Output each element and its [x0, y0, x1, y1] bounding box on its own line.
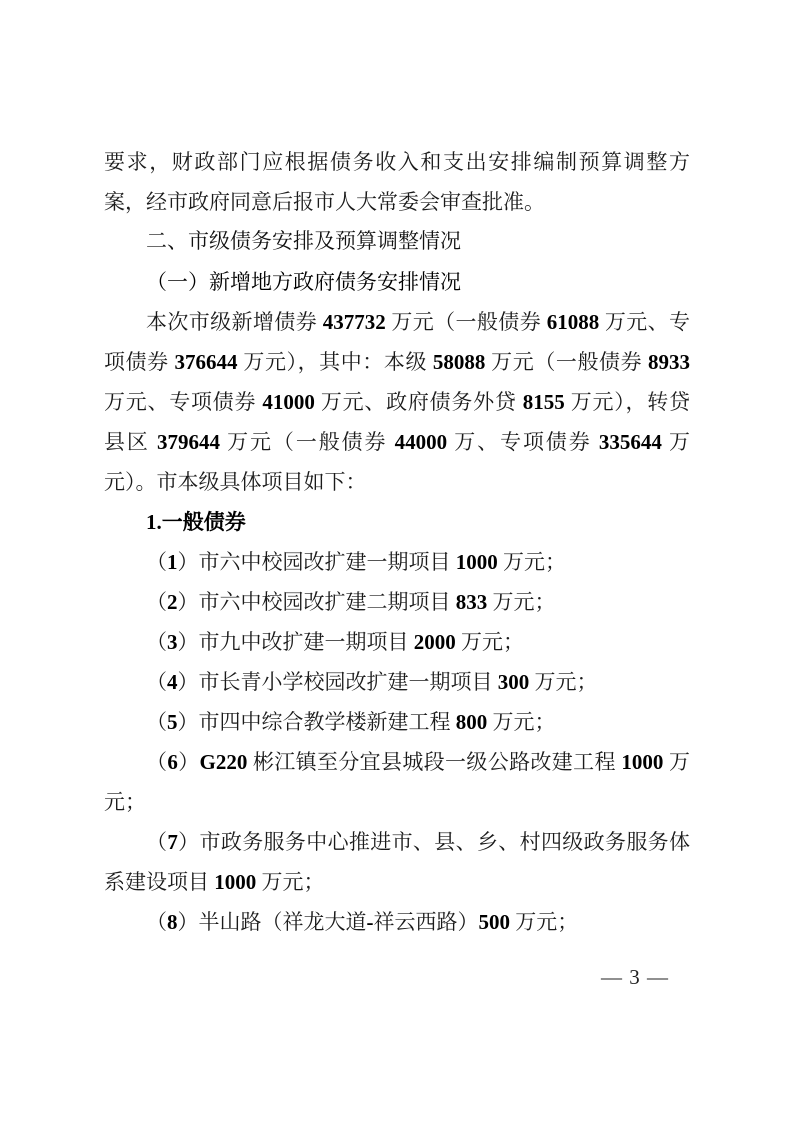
bold-text-segment: 335644	[599, 430, 662, 454]
text-segment: 万元；	[498, 550, 566, 574]
bold-text-segment: 1000	[456, 550, 498, 574]
text-segment: 万元；	[510, 910, 578, 934]
project-item-5: （5）市四中综合教学楼新建工程 800 万元；	[104, 702, 690, 742]
bold-text-segment: 1000	[621, 750, 663, 774]
project-item-1: （1）市六中校园改扩建一期项目 1000 万元；	[104, 542, 690, 582]
bold-text-segment: 8	[167, 910, 178, 934]
bold-text-segment: 3	[167, 630, 178, 654]
text-segment: 本次市级新增债券	[146, 310, 323, 334]
text-segment: （	[146, 590, 167, 614]
paragraph-debt-summary: 本次市级新增债券 437732 万元（一般债券 61088 万元、专项债券 37…	[104, 302, 690, 502]
text-segment: 要求，财政部门应根据债务收入和支出安排编制预算调整方案，经市政府同意后报市人大常…	[104, 150, 690, 214]
bold-text-segment: 800	[456, 710, 488, 734]
text-segment: 万元、政府债务外贷	[315, 390, 523, 414]
text-segment: 万元；	[456, 630, 524, 654]
text-segment: （	[146, 550, 167, 574]
text-segment: 二、市级债务安排及预算调整情况	[146, 230, 461, 253]
bold-text-segment: 833	[456, 590, 488, 614]
text-segment: ）市六中校园改扩建一期项目	[178, 550, 456, 574]
bold-text-segment: 8933	[648, 350, 690, 374]
document-body: 要求，财政部门应根据债务收入和支出安排编制预算调整方案，经市政府同意后报市人大常…	[104, 142, 690, 942]
text-segment: 万元；	[256, 870, 324, 894]
text-segment: 万元），其中：本级	[238, 350, 433, 374]
bold-text-segment: 1.一般债券	[146, 510, 246, 534]
text-segment: 万、专项债券	[447, 430, 599, 454]
project-item-8: （8）半山路（祥龙大道-祥云西路）500 万元；	[104, 902, 690, 942]
subsection-heading: （一）新增地方政府债务安排情况	[104, 262, 690, 302]
text-segment: 万元（一般债券	[220, 430, 395, 454]
bold-text-segment: 44000	[395, 430, 448, 454]
bold-text-segment: -	[367, 910, 374, 934]
bold-text-segment: G220	[200, 750, 248, 774]
paragraph-continuation: 要求，财政部门应根据债务收入和支出安排编制预算调整方案，经市政府同意后报市人大常…	[104, 142, 690, 222]
project-item-2: （2）市六中校园改扩建二期项目 833 万元；	[104, 582, 690, 622]
bold-text-segment: 300	[498, 670, 530, 694]
project-item-4: （4）市长青小学校园改扩建一期项目 300 万元；	[104, 662, 690, 702]
text-segment: ）市六中校园改扩建二期项目	[178, 590, 456, 614]
bold-text-segment: 5	[167, 710, 178, 734]
bold-text-segment: 8155	[523, 390, 565, 414]
project-item-6: （6）G220 彬江镇至分宜县城段一级公路改建工程 1000 万元；	[104, 742, 690, 822]
bold-text-segment: 61088	[547, 310, 600, 334]
bold-text-segment: 379644	[157, 430, 220, 454]
text-segment: （	[146, 670, 167, 694]
bold-text-segment: 41000	[262, 390, 315, 414]
text-segment: ）市九中改扩建一期项目	[178, 630, 414, 654]
heading-general-bonds: 1.一般债券	[104, 502, 690, 542]
text-segment: （	[146, 630, 167, 654]
text-segment: 万元（一般债券	[485, 350, 648, 374]
text-segment: 万元；	[529, 670, 597, 694]
bold-text-segment: 58088	[433, 350, 486, 374]
text-segment: 万元、专项债券	[104, 390, 262, 414]
text-segment: （	[146, 750, 167, 774]
text-segment: ）市四中综合教学楼新建工程	[178, 710, 456, 734]
text-segment: 万元；	[487, 590, 555, 614]
text-segment: ）	[178, 750, 200, 774]
project-item-3: （3）市九中改扩建一期项目 2000 万元；	[104, 622, 690, 662]
bold-text-segment: 437732	[323, 310, 386, 334]
text-segment: ）市政务服务中心推进市、县、乡、村四级政务服务体系建设项目	[104, 830, 690, 894]
bold-text-segment: 7	[167, 830, 178, 854]
bold-text-segment: 376644	[175, 350, 238, 374]
text-segment: （	[146, 910, 167, 934]
text-segment: 万元；	[487, 710, 555, 734]
section-heading: 二、市级债务安排及预算调整情况	[104, 222, 690, 262]
text-segment: （	[146, 710, 167, 734]
text-segment: （一）新增地方政府债务安排情况	[146, 270, 461, 294]
text-segment: （	[146, 830, 167, 854]
bold-text-segment: 2	[167, 590, 178, 614]
project-item-7: （7）市政务服务中心推进市、县、乡、村四级政务服务体系建设项目 1000 万元；	[104, 822, 690, 902]
bold-text-segment: 1	[167, 550, 178, 574]
bold-text-segment: 4	[167, 670, 178, 694]
text-segment: 祥云西路）	[374, 910, 479, 934]
text-segment: 彬江镇至分宜县城段一级公路改建工程	[247, 750, 621, 774]
bold-text-segment: 1000	[214, 870, 256, 894]
bold-text-segment: 500	[479, 910, 511, 934]
document-page: 要求，财政部门应根据债务收入和支出安排编制预算调整方案，经市政府同意后报市人大常…	[0, 0, 793, 1122]
bold-text-segment: 2000	[414, 630, 456, 654]
text-segment: 万元（一般债券	[386, 310, 547, 334]
page-number: — 3 —	[601, 963, 669, 991]
text-segment: ）市长青小学校园改扩建一期项目	[178, 670, 498, 694]
text-segment: ）半山路（祥龙大道	[178, 910, 367, 934]
bold-text-segment: 6	[167, 750, 178, 774]
